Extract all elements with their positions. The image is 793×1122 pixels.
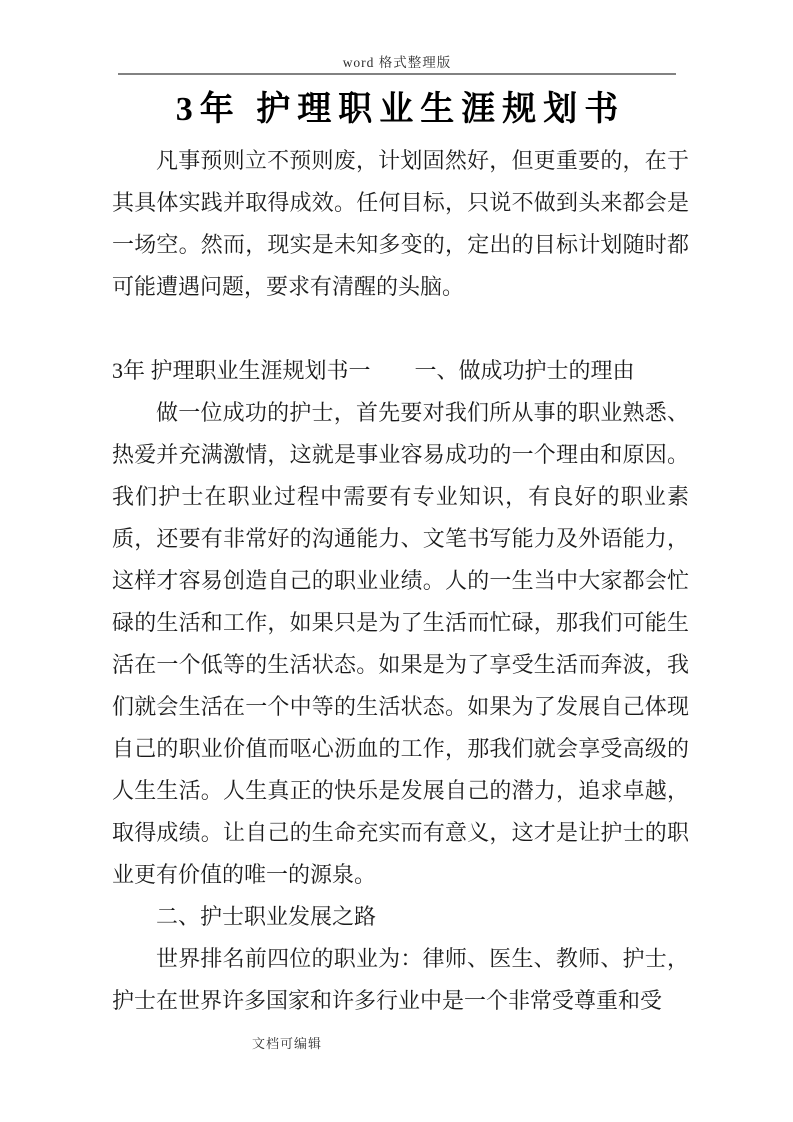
paragraph-body: 做一位成功的护士，首先要对我们所从事的职业熟悉、热爱并充满激情，这就是事业容易成… <box>112 392 689 896</box>
footer-label: 文档可编辑 <box>252 1036 322 1051</box>
blank-line <box>112 308 689 350</box>
paragraph-intro: 凡事预则立不预则废，计划固然好，但更重要的，在于其具体实践并取得成效。任何目标，… <box>112 140 689 308</box>
document-title: 3年 护理职业生涯规划书 <box>112 86 689 134</box>
header-watermark-label: word 格式整理版 <box>343 55 452 70</box>
document-body: 3年 护理职业生涯规划书 凡事预则立不预则废，计划固然好，但更重要的，在于其具体… <box>112 86 689 1022</box>
page-footer: 文档可编辑 <box>252 1036 322 1052</box>
page-header: word 格式整理版 <box>118 0 676 75</box>
paragraph-body-2: 世界排名前四位的职业为：律师、医生、教师、护士，护士在世界许多国家和许多行业中是… <box>112 938 689 1022</box>
section-heading-2: 二、护士职业发展之路 <box>112 896 689 938</box>
section-heading-1: 3年 护理职业生涯规划书一 一、做成功护士的理由 <box>112 350 689 392</box>
document-page: word 格式整理版 3年 护理职业生涯规划书 凡事预则立不预则废，计划固然好，… <box>0 0 793 1122</box>
